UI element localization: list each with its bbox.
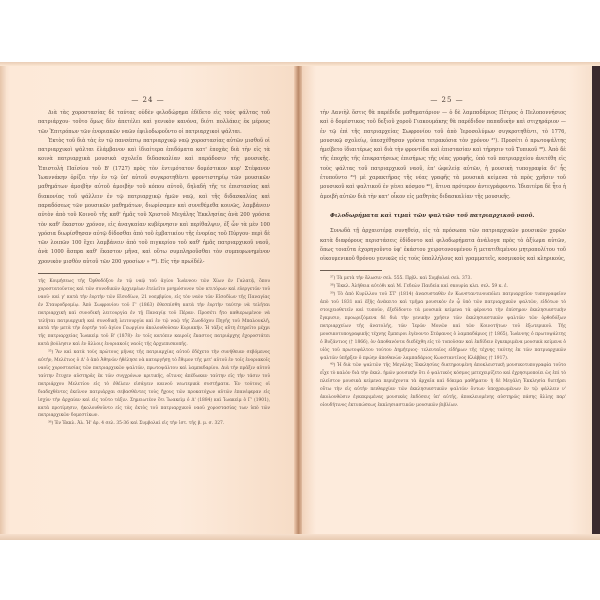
bottom-edge <box>0 534 600 540</box>
right-page: — 25 — τὴν Δανιὴλ ὅστις θὰ παρέδιδε μαθη… <box>302 62 592 540</box>
top-shadow <box>0 62 600 66</box>
book-left-edge <box>0 62 6 540</box>
paragraph: τὴν Δανιὴλ ὅστις θὰ παρέδιδε μαθηματάριο… <box>320 109 566 202</box>
paragraph: Ἐκτὸς τοῦ διὰ τὰς ἐν τῷ πανσέπτῳ πατριαρ… <box>38 137 270 267</box>
footnote: ³⁶) Ἐν Ἐκκλ. Ἀλ. Ἡ' ἀρ. 4 σελ. 35-36 καὶ… <box>38 420 270 428</box>
left-page: — 24 — Διὰ τὰς χοροστασίας δὲ ταύτας οὐδ… <box>0 62 296 540</box>
footnote: ³⁷) Τὰ μετὰ τὴν ἅλωσιν σελ. 555. Πρβλ. κ… <box>320 275 566 283</box>
book-cover-edge <box>592 62 600 540</box>
footnote: ³⁹) Τὸ ἀπὸ Κυρίλλου τοῦ ΣΤ' (1814) ἀνασυ… <box>320 291 566 362</box>
book-spread: — 24 — Διὰ τὰς χοροστασίας δὲ ταύτας οὐδ… <box>0 62 600 540</box>
left-page-body: Διὰ τὰς χοροστασίας δὲ ταύτας οὐδὲν φιλο… <box>38 109 270 428</box>
footnote: ³⁸) Ἐκκλ. Ἀλήθεια αὐτόθι καὶ Μ. Γεδεὼν Π… <box>320 283 566 291</box>
section-heading: Φιλοδωρήματα καὶ τιμαὶ τῶν ψαλτῶν τοῦ πα… <box>330 212 566 221</box>
paragraph: Διὰ τὰς χοροστασίας δὲ ταύτας οὐδὲν φιλο… <box>38 109 270 137</box>
page-number-left: — 24 — <box>0 96 296 104</box>
page-number-right: — 25 — <box>302 96 592 104</box>
footnote: ³⁵) Ἂν καὶ κατὰ τοὺς πρώτους μῆνας τῆς π… <box>38 349 270 420</box>
footnote: ⁴⁰) Ἡ διὰ τῶν ψαλτῶν τῆς Μεγάλης Ἐκκλησί… <box>320 362 566 409</box>
right-page-body: τὴν Δανιὴλ ὅστις θὰ παρέδιδε μαθηματάριο… <box>320 109 566 410</box>
paragraph: Συνωδὰ τῇ ἀρχαιοτέρᾳ συνηθείᾳ, εἰς τὰ πρ… <box>320 227 566 264</box>
footnote-rule <box>320 270 382 271</box>
footnote-rule <box>38 273 100 274</box>
footnote: τῆς Κοιμήσεως τῆς Ὀρθοδόξου ἐν τῷ ναῷ το… <box>38 278 270 349</box>
